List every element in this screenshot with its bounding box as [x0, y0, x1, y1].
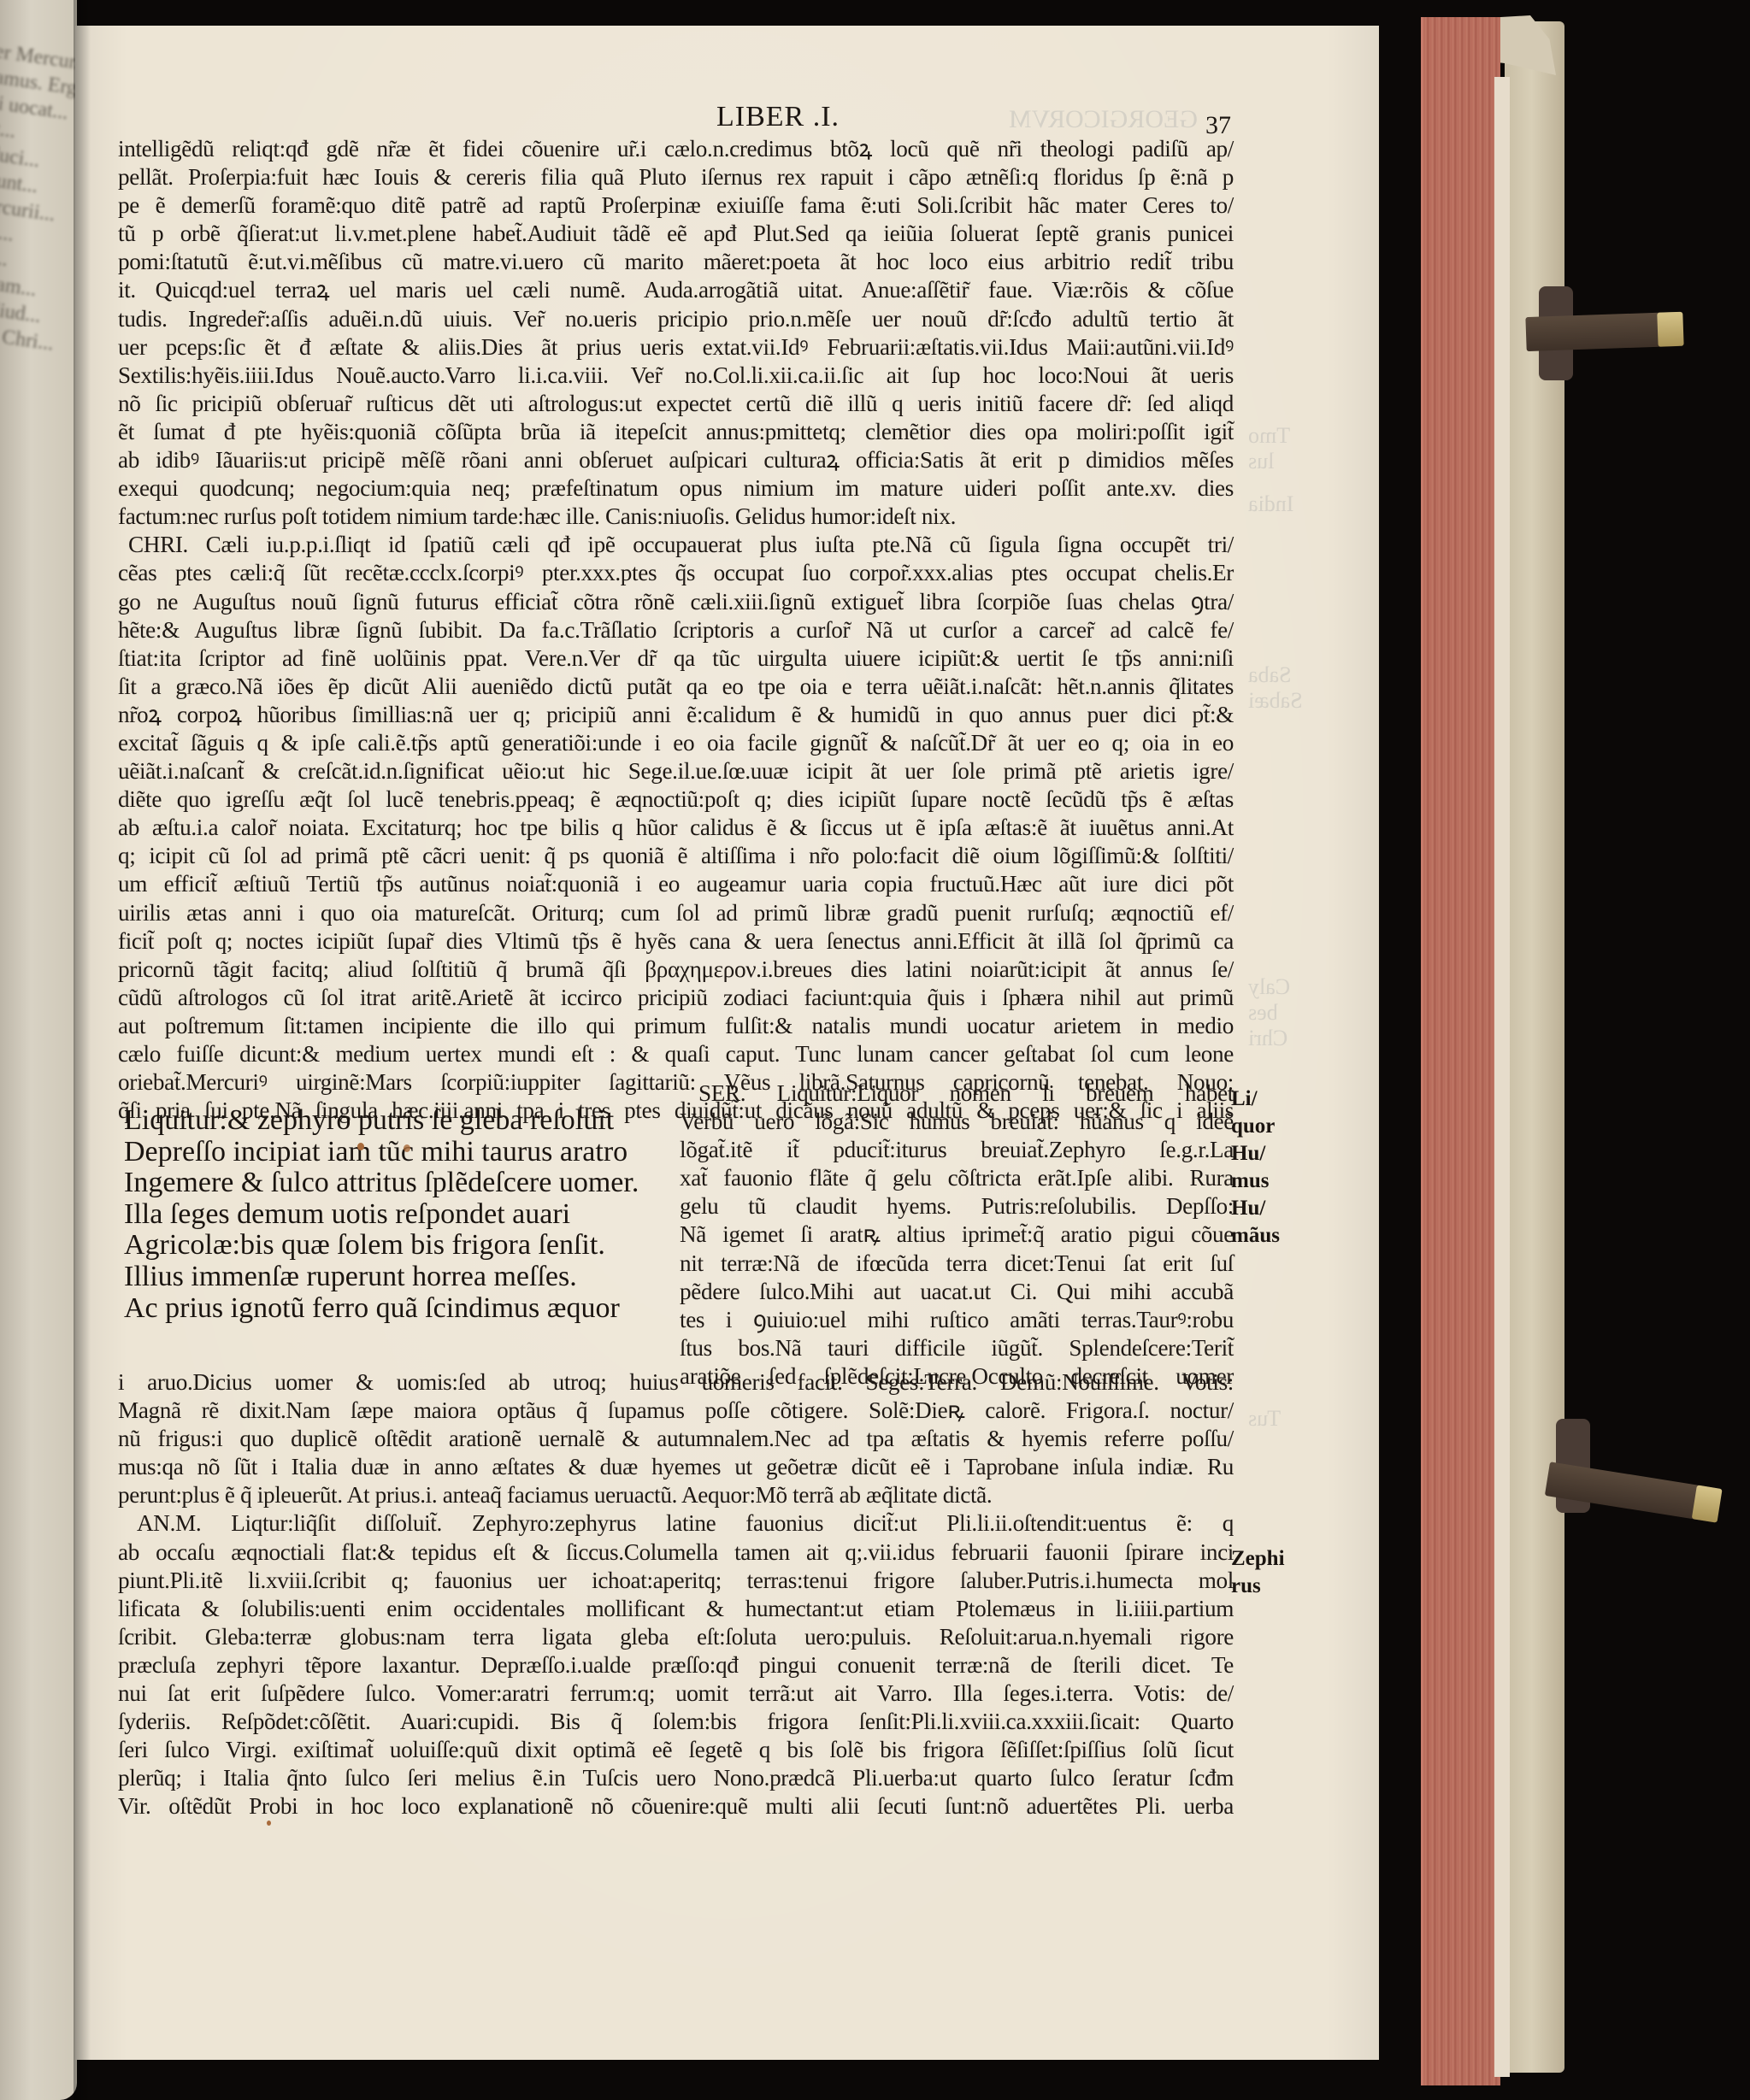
- verse-line: Depreſſo incipiat iam tũc mihi taurus ar…: [124, 1137, 654, 1168]
- text-line: q; icipit cũ ſol ad primã ptẽ cãcri ueni…: [118, 842, 1234, 870]
- show-through-note: Sabæi: [1248, 684, 1303, 718]
- show-through-note: Tus: [1248, 1402, 1281, 1436]
- text-line: piunt.Pli.itẽ li.xviii.ſcribit q; fauoni…: [118, 1567, 1234, 1595]
- text-line: mus:qa nõ ſũt i Italia duæ in anno æſtat…: [118, 1453, 1234, 1481]
- show-through-heading: GEORGICORVM: [1009, 103, 1198, 137]
- text-line: tudis. Ingreder̃:aſſis aduẽi.n.dũ uiuis.…: [118, 305, 1234, 333]
- text-line: pe ẽ demerſũ foramẽ:quo ditẽ patrẽ ad ra…: [118, 191, 1234, 220]
- verse-line: Ingemere & ſulco attritus ſplẽdeſcere uo…: [124, 1168, 654, 1199]
- text-line: Magnã rẽ dixit.Nam ſæpe maiora optãus q̃…: [118, 1397, 1234, 1425]
- text-line: pẽdere ſulco.Mihi aut uacat.ut Ci. Qui m…: [680, 1278, 1234, 1306]
- text-line: excitat̃ ſãguis q & ipſe cali.ẽ.tp̃s apt…: [118, 729, 1234, 757]
- text-line: ficit̃ poſt q; noctes icipiũt ſupar̃ die…: [118, 927, 1234, 956]
- left-page-blurred-text: ...tuer Mercur... ...ueamus. Ergo... ...…: [0, 34, 77, 356]
- verse-line: Ac prius ignotũ ferro quã ſcindimus æquo…: [124, 1293, 654, 1325]
- left-facing-page: ...tuer Mercur... ...ueamus. Ergo... ...…: [0, 0, 77, 2100]
- foxing-speck: [267, 1821, 271, 1826]
- margin-note-line: mus: [1231, 1168, 1280, 1195]
- gutter-shadow: [74, 0, 91, 2100]
- verse-line: Agricolæ:bis quæ ſolem bis frigora ſenſi…: [124, 1230, 654, 1262]
- verse-block: Liquitur:& zephyro putris ſe gleba reſol…: [124, 1105, 654, 1324]
- margin-note-zephirus: Zephi rus: [1231, 1545, 1285, 1600]
- text-line: ab æſtu.i.a calor̃ noiata. Excitaturq; h…: [118, 814, 1234, 842]
- verse-line: Liquitur:& zephyro putris ſe gleba reſol…: [124, 1105, 654, 1137]
- foxing-speck: [357, 1143, 364, 1150]
- text-line: hẽte:& Auguſtus libræ ſignũ ſubibit. Da …: [118, 616, 1234, 644]
- clasp-brass-tip: [1657, 312, 1683, 347]
- verse-line: Illius immenſæ ruperunt horrea meſſes.: [124, 1262, 654, 1293]
- text-line: cælo fuiſſe dicunt:& medium uertex mundi…: [118, 1040, 1234, 1068]
- text-line: tũ p orbẽ q̃ſierat:ut li.v.met.plene hab…: [118, 220, 1234, 248]
- show-through-note: Chri: [1248, 1021, 1287, 1056]
- text-line: ẽt ſumat đ pte hyẽis:quoniã cõſũpta brũa…: [118, 418, 1234, 446]
- text-line: nũ frigus:i quo duplicẽ oſtẽdit arationẽ…: [118, 1425, 1234, 1453]
- text-line: ſeri ſulco Virgi. exiſtimat̃ uoluiſſe:qu…: [118, 1736, 1234, 1764]
- text-line: Vir. oſtẽdũt Probi in hoc loco explanati…: [118, 1792, 1234, 1821]
- text-line: aut poſtremum ſit:tamen incipiente die i…: [118, 1012, 1234, 1040]
- text-line: gelu tũ claudit hyems. Putris:reſolubili…: [680, 1192, 1234, 1221]
- running-head: LIBER .I.: [716, 101, 840, 133]
- margin-note-line: mãus: [1231, 1222, 1280, 1250]
- commentary-right: SER. Liquitur:Liquor nomen li breuem hab…: [680, 1079, 1234, 1391]
- text-line: go ne Auguſtus nouũ ſignũ futurus effici…: [118, 588, 1234, 616]
- text-line: nr̃oꝝ corpoꝝ hũoribus ſimillias:nã uer q…: [118, 701, 1234, 729]
- text-line: cẽas ptes cæli:q̃ ſũt recẽtæ.ccclx.ſcorp…: [118, 559, 1234, 587]
- text-line: xat̃ fauonio flãte q̃ gelu cõſtricta erã…: [680, 1164, 1234, 1192]
- text-line: diẽte quo igreſſu æq̃t ſol lucẽ tenebris…: [118, 785, 1234, 814]
- text-line: pricornũ tãgit facitq; aliud ſolſtitiũ q…: [118, 956, 1234, 984]
- text-line: factum:nec rurſus poſt totidem nimium ta…: [118, 503, 1234, 531]
- text-line: i aruo.Dicius uomer & uomis:ſed ab utroq…: [118, 1368, 1234, 1397]
- text-line: um efficit̃ æſtiuũ Tertiũ tp̃s autũnus n…: [118, 870, 1234, 898]
- text-line: lificata & ſolubilis:uenti enim occident…: [118, 1595, 1234, 1623]
- text-line: exequi quodcunq; negocium:quia neq; præf…: [118, 474, 1234, 503]
- text-line: intelligẽdũ reliqt:qđ gdẽ nr̃æ ẽt fidei …: [118, 135, 1234, 163]
- text-line: perunt:plus ẽ q̃ ipleuerũt. At prius.i. …: [118, 1481, 1234, 1509]
- clasp-top: [1525, 312, 1680, 351]
- text-line: Verbũ uero lõgã:Sic humus breuiat̃: hũan…: [680, 1108, 1234, 1136]
- text-line: ſcribit. Gleba:terræ globus:nam terra li…: [118, 1623, 1234, 1651]
- margin-note-line: Zephi: [1231, 1545, 1285, 1573]
- text-line: tes i ꝯuiuio:uel mihi ruſtico amãti terr…: [680, 1306, 1234, 1334]
- margin-note-liquor-humus: Li/ quor Hu/ mus Hu/ mãus: [1231, 1085, 1280, 1250]
- text-line: nui ſat erit ſuſpẽdere ſulco. Vomer:arat…: [118, 1679, 1234, 1708]
- text-line: uirilis ætas anni i quo oia matureſcãt. …: [118, 899, 1234, 927]
- margin-note-line: quor: [1231, 1113, 1280, 1140]
- text-line-anm: AN.M. Liqtur:liq̃ſit diſſoluit̃. Zephyro…: [118, 1509, 1234, 1538]
- red-fore-edge: [1421, 17, 1500, 2085]
- text-line: ſtus bos.Nã tauri difficile iũgũt̃. Sple…: [680, 1334, 1234, 1362]
- text-line: cũdũ aſtrologos cũ ſol itrat aritẽ.Ariet…: [118, 984, 1234, 1012]
- text-line: ſtiat:ita ſcriptor ad finẽ uolũinis ppat…: [118, 644, 1234, 673]
- text-line: uer pceps:ſic ẽt đ æſtate & aliis.Dies ã…: [118, 333, 1234, 362]
- clasp-brass-tip: [1692, 1485, 1723, 1522]
- text-line: pellãt. Proſerpia:fuit hæc Iouis & cerer…: [118, 163, 1234, 191]
- text-line: pomi:ſtatutũ ẽ:ut.vi.mẽſibus cũ matre.vi…: [118, 248, 1234, 276]
- verse-line: Illa ſeges demum uotis reſpondet auari: [124, 1199, 654, 1231]
- margin-note-line: Hu/: [1231, 1140, 1280, 1168]
- text-line: nit terræ:Nã de ifœcũda terra dicet:Tenu…: [680, 1250, 1234, 1278]
- text-line: lõgat̃.itẽ it̃ pducit̃:iturus breuiat̃.Z…: [680, 1136, 1234, 1164]
- margin-note-line: Hu/: [1231, 1195, 1280, 1222]
- text-line-chri: CHRI. Cæli iu.p.p.i.ſliqt id ſpatiũ cæli…: [118, 531, 1234, 559]
- margin-note-line: Li/: [1231, 1085, 1280, 1113]
- foxing-speck: [404, 1144, 410, 1152]
- text-line: it. Quicqd:uel terraꝝ uel maris uel cæli…: [118, 276, 1234, 304]
- text-line: ſyderiis. Reſpõdet:cõſẽtit. Auari:cupidi…: [118, 1708, 1234, 1736]
- clasp-bottom: [1545, 1462, 1719, 1522]
- commentary-bottom: i aruo.Dicius uomer & uomis:ſed ab utroq…: [118, 1368, 1234, 1821]
- show-through-note: lus: [1248, 444, 1274, 479]
- text-line: præcluſa zephyri tẽpore laxantur. Depræſ…: [118, 1651, 1234, 1679]
- text-line: Nã igemet ſi aratꝶ altius iprimet̃:q̃ ar…: [680, 1221, 1234, 1249]
- text-line: ab occaſu æqnoctiali flat:& tepidus eſt …: [118, 1538, 1234, 1567]
- show-through-note: India: [1248, 487, 1293, 521]
- text-line: uẽiãt.i.naſcant̃ & creſcãt.id.n.ſignific…: [118, 757, 1234, 785]
- text-line: plerũq; i Italia q̃nto ſulco ſeri melius…: [118, 1764, 1234, 1792]
- text-line: ab idibꝰ Iãuariis:ut pricipẽ mẽſẽ rõani …: [118, 446, 1234, 474]
- text-line: Sextilis:hyẽis.iiii.Idus Nouẽ.aucto.Varr…: [118, 362, 1234, 390]
- text-line: ſit a græco.Nã iões ẽp dicũt Alii aueniẽ…: [118, 673, 1234, 701]
- commentary-top: intelligẽdũ reliqt:qđ gdẽ nr̃æ ẽt fidei …: [118, 135, 1234, 1125]
- page-edge-strip: [1494, 77, 1510, 2077]
- text-line: nõ ſic pricipiũ obſeruar̃ ruſticus dẽt u…: [118, 390, 1234, 418]
- margin-note-line: rus: [1231, 1573, 1285, 1600]
- text-line-ser: SER. Liquitur:Liquor nomen li breuem hab…: [680, 1079, 1234, 1108]
